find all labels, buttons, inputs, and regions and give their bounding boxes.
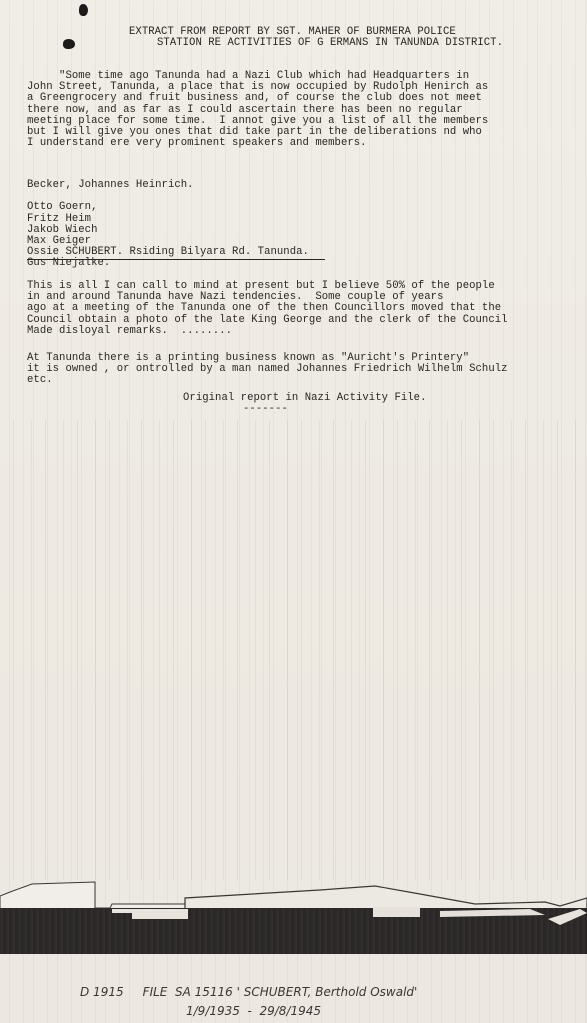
separator-dashes: ------- [243, 404, 288, 415]
paragraph-tendencies: This is all I can call to mind at presen… [27, 281, 508, 337]
original-report-note: Original report in Nazi Activity File. [183, 393, 426, 404]
member-names-list: Becker, Johannes Heinrich. Otto Goern, F… [27, 180, 309, 270]
document-page: EXTRACT FROM REPORT BY SGT. MAHER OF BUR… [0, 0, 587, 1023]
underline-schubert [27, 259, 325, 260]
ink-blot [79, 4, 88, 16]
paragraph-nazi-club: "Some time ago Tanunda had a Nazi Club w… [27, 71, 488, 149]
handwritten-date-range: 1/9/1935 - 29/8/1945 [186, 1004, 321, 1018]
torn-paper-fragments [0, 905, 587, 925]
handwritten-file-reference: D 1915 FILE SA 15116 ' SCHUBERT, Berthol… [80, 985, 417, 999]
title-line-2: STATION RE ACTIVITIES OF G ERMANS IN TAN… [157, 38, 503, 49]
ink-blot [63, 39, 75, 49]
paragraph-printery: At Tanunda there is a printing business … [27, 353, 508, 387]
